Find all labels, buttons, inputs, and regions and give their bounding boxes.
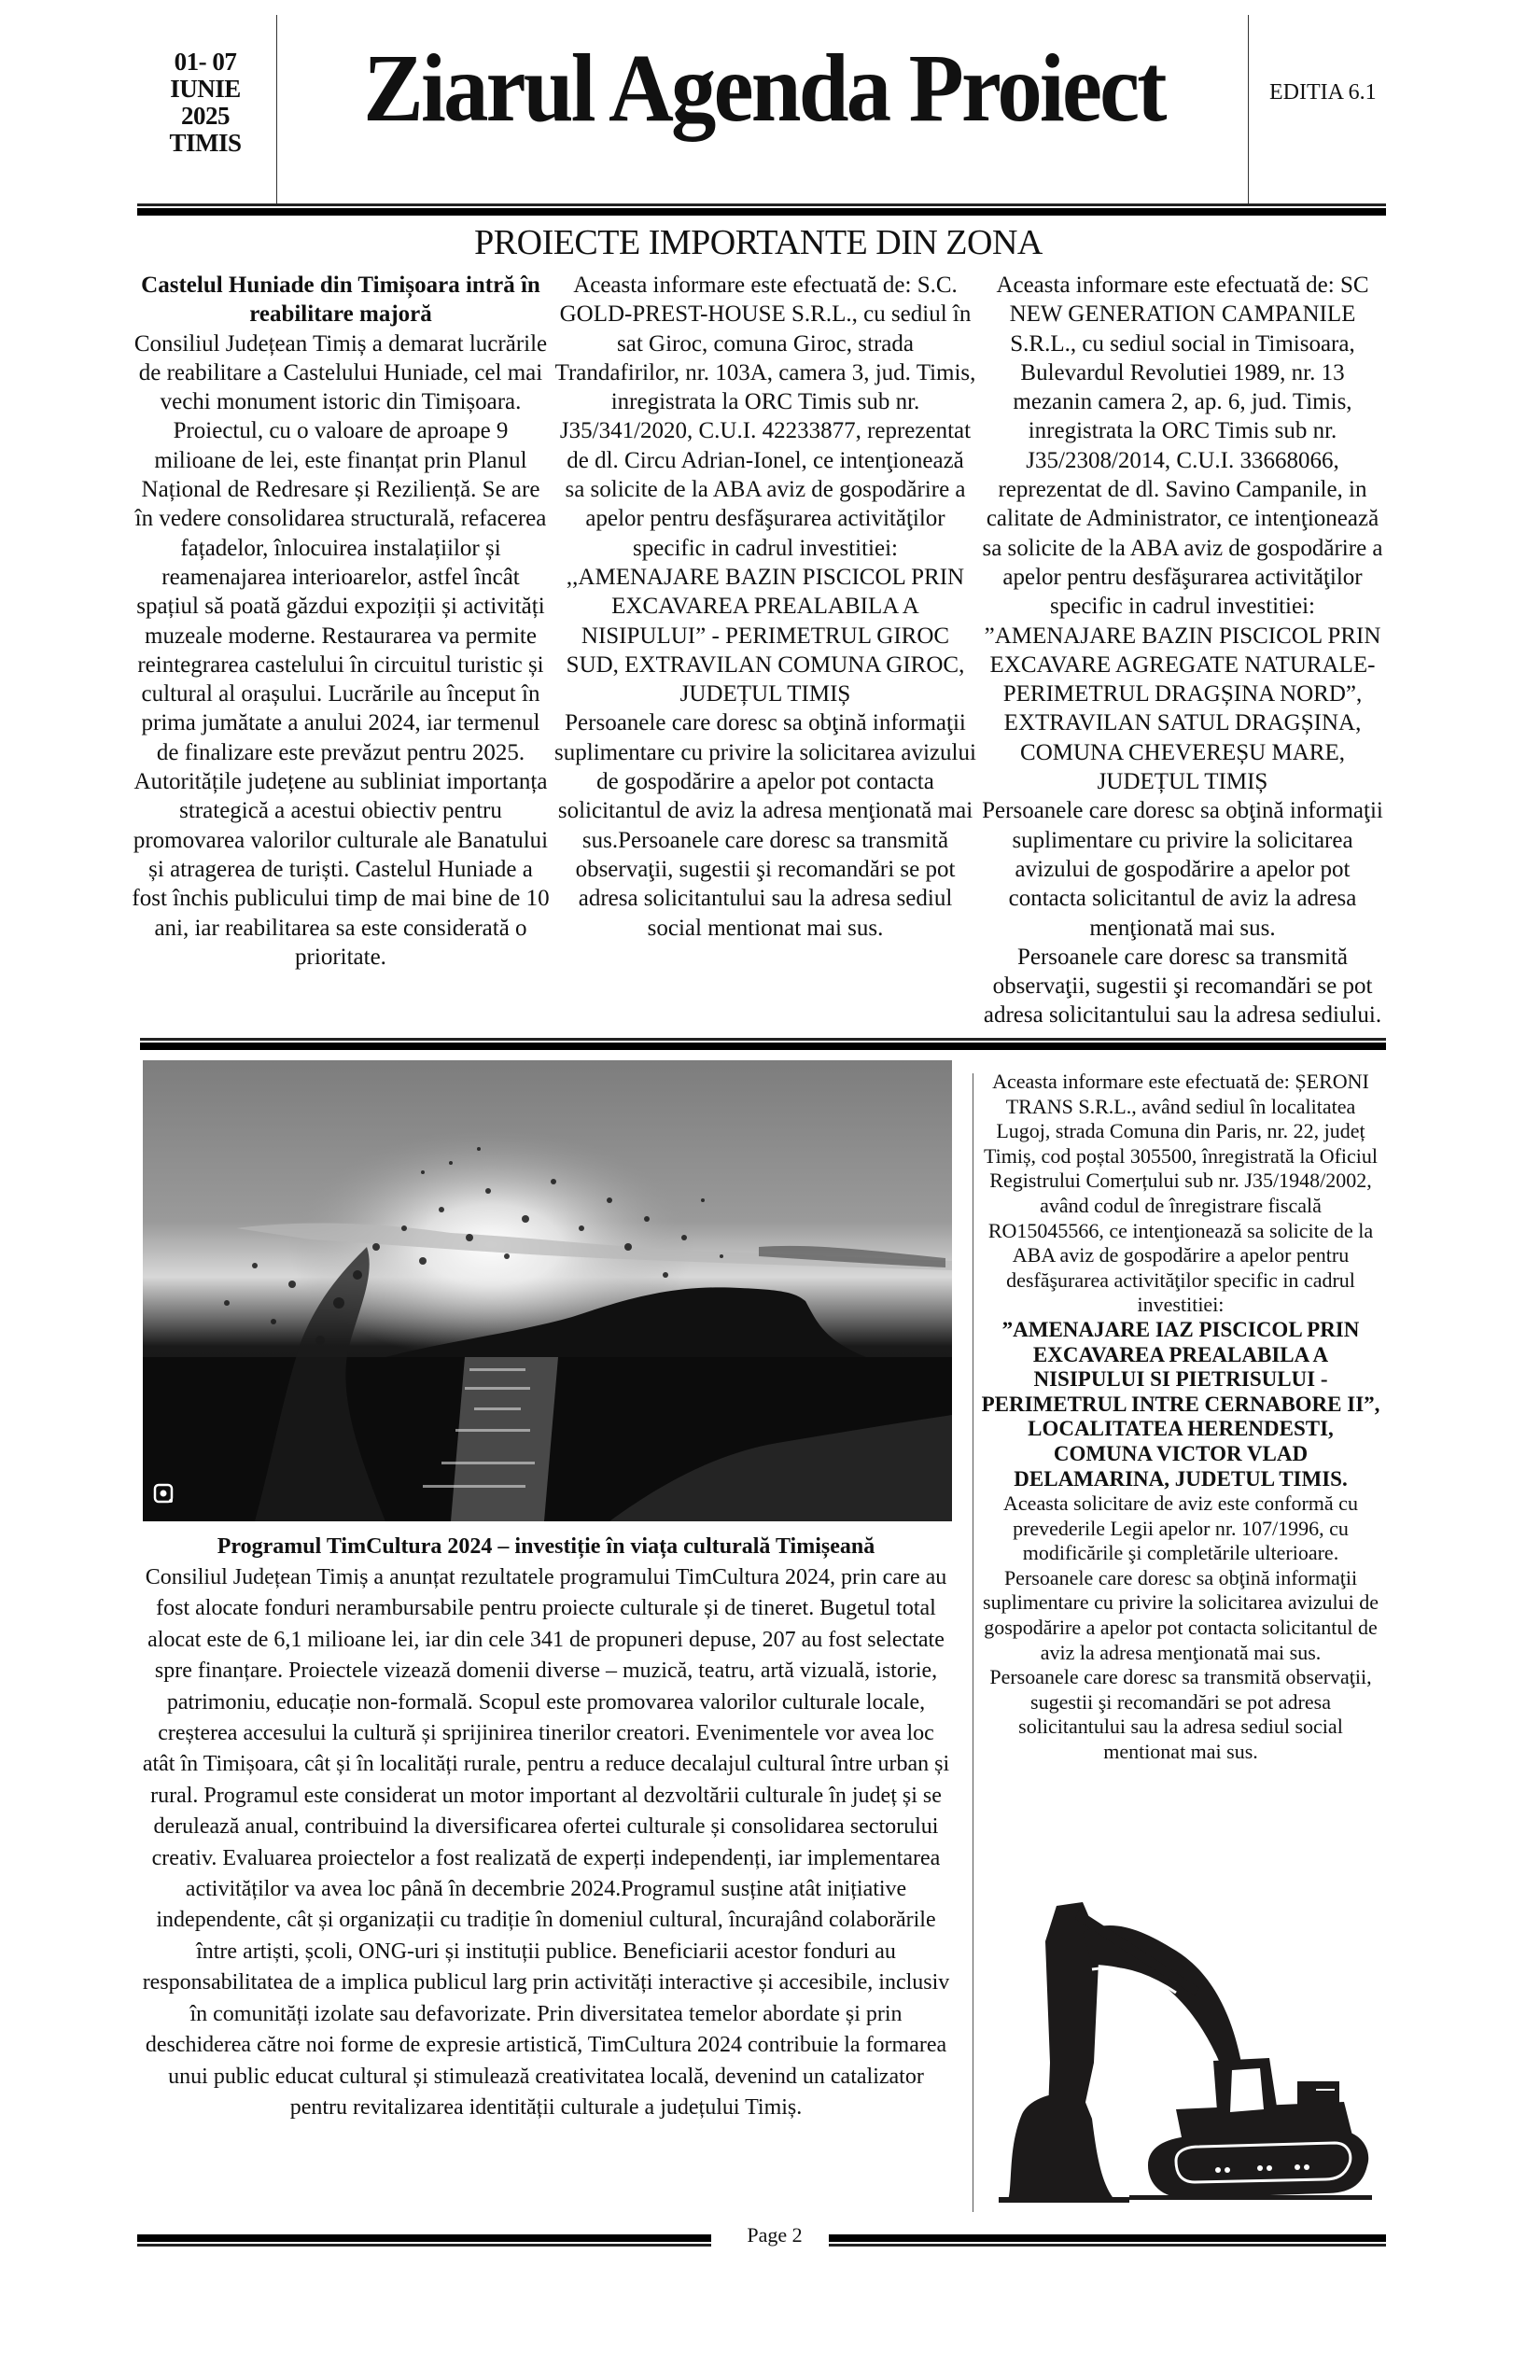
masthead-divider-left [276,15,277,204]
article-timcultura: Programul TimCultura 2024 – investiție î… [140,1531,952,2123]
notice-project: ”AMENAJARE IAZ PISCICOL PRIN EXCAVAREA P… [980,1318,1381,1491]
notice-intro: Aceasta informare este efectuată de: S.C… [554,271,976,563]
notice-contact: Persoanele care doresc sa obţină informa… [554,708,976,942]
photo-scene [143,1060,952,1521]
footer-rule-right [829,2234,1386,2247]
footer-rule-left [137,2234,711,2247]
issue-date-block: 01- 07 IUNIE 2025 TIMIS [149,49,261,157]
article-body: Consiliul Județean Timiș a anunțat rezul… [140,1562,952,2123]
excavator-illustration [989,1885,1381,2212]
article-headline: Castelul Huniade din Timișoara intră în … [131,271,551,329]
article-body: Consiliul Județean Timiș a demarat lucră… [131,329,551,973]
notice-contact-observations: Persoanele care doresc sa transmită obse… [980,1665,1381,1764]
notice-contact-observations: Persoanele care doresc sa transmită obse… [982,943,1383,1030]
notice-intro: Aceasta informare este efectuată de: SC … [982,271,1383,796]
notice-seroni-trans: Aceasta informare este efectuată de: ȘER… [980,1070,1381,1765]
issue-month: IUNIE [149,76,261,103]
section-title: PROIECTE IMPORTANTE DIN ZONA [131,222,1386,263]
masthead-double-rule [137,203,1386,216]
article-castle-huniade: Castelul Huniade din Timișoara intră în … [131,271,551,972]
notice-gold-prest-house: Aceasta informare este efectuată de: S.C… [554,271,976,943]
article-headline: Programul TimCultura 2024 – investiție î… [140,1531,952,1562]
notice-project: ,,AMENAJARE BAZIN PISCICOL PRIN EXCAVARE… [554,563,976,708]
issue-date-range: 01- 07 [149,49,261,76]
issue-year: 2025 [149,103,261,130]
sea-splash-photo [143,1060,952,1521]
notice-new-generation-campanile: Aceasta informare este efectuată de: SC … [982,271,1383,1030]
excavator-icon [989,1885,1381,2212]
edition-label: EDITIA 6.1 [1269,78,1377,106]
notice-contact-info: Persoanele care doresc sa obţină informa… [980,1566,1381,1665]
masthead-divider-right [1248,15,1249,204]
notice-contact-info: Persoanele care doresc sa obţină informa… [982,796,1383,942]
page-number: Page 2 [719,2221,831,2249]
issue-region: TIMIS [149,130,261,157]
notice-compliance: Aceasta solicitare de aviz este conformă… [980,1491,1381,1566]
notice-intro: Aceasta informare este efectuată de: ȘER… [980,1070,1381,1318]
newspaper-title: Ziarul Agenda Proiect [314,28,1213,149]
column-divider [973,1073,973,2212]
middle-double-rule [140,1038,1386,1050]
